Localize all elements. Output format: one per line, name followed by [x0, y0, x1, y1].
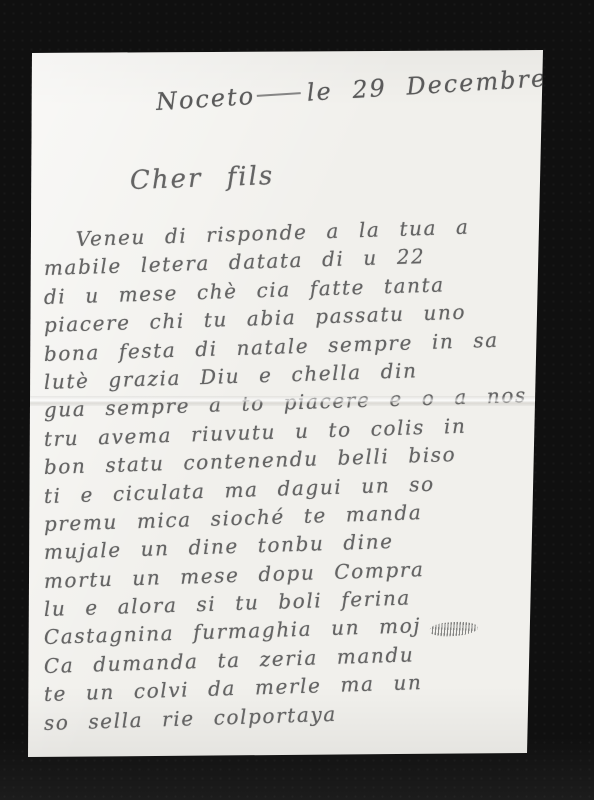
letter-photo: Nocetole 29 Decembre 1923 Cher fils Vene… — [0, 0, 594, 800]
letter-body: Veneu di risponde a la tua a mabile lete… — [44, 226, 541, 737]
dateline-date: le 29 Decembre 1923 — [306, 59, 594, 107]
letter-paper: Nocetole 29 Decembre 1923 Cher fils Vene… — [28, 50, 545, 757]
dateline: Nocetole 29 Decembre 1923 — [155, 59, 594, 116]
salutation: Cher fils — [129, 161, 274, 196]
fold-crease — [28, 396, 545, 406]
flourish-dash — [257, 92, 301, 97]
dateline-place: Noceto — [155, 82, 256, 116]
